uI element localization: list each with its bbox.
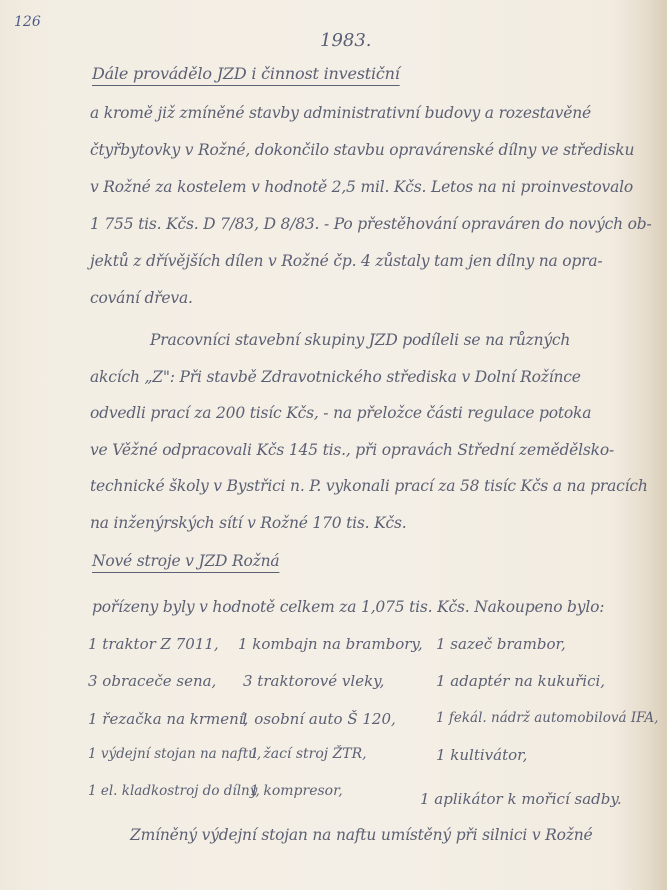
section-heading-investment: Dále provádělo JZD i činnost investiční [92, 64, 400, 83]
text-line: cování dřeva. [90, 289, 193, 307]
section-heading-new-machines: Nové stroje v JZD Rožná [92, 552, 279, 570]
text-line: ve Věžné odpracovali Kčs 145 tis., při o… [90, 441, 614, 459]
text-line: v Rožné za kostelem v hodnotě 2,5 mil. K… [90, 178, 633, 196]
year-heading: 1983. [320, 30, 372, 51]
machine-item: 1 výdejní stojan na naftu, [88, 746, 261, 762]
machine-item: 1 traktor Z 7011, [88, 635, 219, 653]
machine-item: 1 žací stroj ŽTR, [250, 746, 367, 762]
machine-item: 1 kombajn na brambory, [238, 635, 423, 653]
machine-item: 1 osobní auto Š 120, [240, 710, 396, 728]
text-line: akcích „Z": Při stavbě Zdravotnického st… [90, 368, 581, 386]
machine-item: 3 obraceče sena, [88, 672, 216, 690]
machine-item: 3 traktorové vleky, [243, 672, 384, 690]
paragraph-fuel-stand: Zmíněný výdejní stojan na naftu umístěný… [130, 826, 593, 844]
text-line: Pracovníci stavební skupiny JZD podíleli… [150, 331, 570, 349]
machine-item: 1 fekál. nádrž automobilová IFA, [436, 710, 658, 726]
page-number: 126 [14, 14, 41, 30]
text-line: jektů z dřívějších dílen v Rožné čp. 4 z… [90, 252, 602, 270]
machine-item: 1 el. kladkostroj do dílny, [88, 783, 260, 799]
machine-item: 1 aplikátor k mořicí sadby. [420, 790, 622, 808]
machine-item: 1 řezačka na krmení, [88, 710, 248, 728]
machine-item: 1 sazeč brambor, [436, 635, 566, 653]
machine-item: 1 kultivátor, [436, 746, 527, 764]
text-line: odvedli prací za 200 tisíc Kčs, - na pře… [90, 404, 591, 422]
text-line: čtyřbytovky v Rožné, dokončilo stavbu op… [90, 141, 634, 159]
paragraph-purchases: pořízeny byly v hodnotě celkem za 1,075 … [92, 598, 604, 616]
text-line: a kromě již zmíněné stavby administrativ… [90, 104, 591, 122]
text-line: technické školy v Bystřici n. P. vykonal… [90, 477, 648, 495]
machine-item: 1 adaptér na kukuřici, [436, 672, 605, 690]
text-line: 1 755 tis. Kčs. D 7/83, D 8/83. - Po pře… [90, 215, 652, 233]
machine-item: 1 kompresor, [250, 783, 343, 799]
text-line: na inženýrských sítí v Rožné 170 tis. Kč… [90, 514, 406, 532]
